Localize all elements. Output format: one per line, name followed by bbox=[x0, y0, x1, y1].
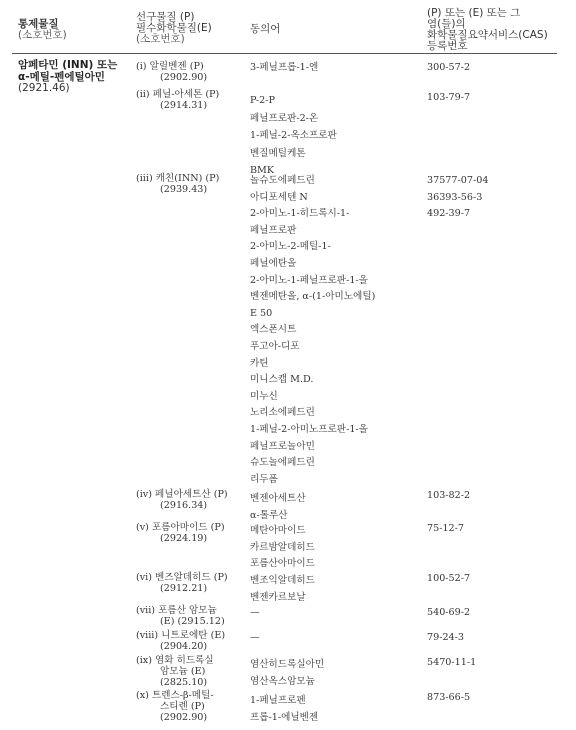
synonyms-cell: 3-페닐프롭-1-엔 bbox=[250, 62, 318, 73]
header-synonyms-label: 동의어 bbox=[250, 24, 280, 35]
row-number: (iv) bbox=[136, 489, 152, 500]
controlled-substance-cell: 암페타민 (INN) 또는 α-메틸-펜에틸아민 (2921.46) bbox=[18, 60, 136, 95]
synonym: 프롭-1-에닐벤젠 bbox=[250, 709, 318, 726]
synonym: 페닐프로놀아민 bbox=[250, 439, 375, 456]
cas-cell: 300-57-2 bbox=[427, 62, 470, 73]
synonyms-cell: 벤조익알데히드 벤젠카르보날 bbox=[250, 573, 315, 606]
synonym: 페닐에탄올 bbox=[250, 256, 375, 273]
cas-number: 540-69-2 bbox=[427, 607, 470, 618]
row-number: (x) bbox=[136, 690, 149, 701]
precursor-code: (2924.19) bbox=[136, 533, 240, 544]
cas-cell: 103-82-2 bbox=[427, 490, 470, 501]
precursor-name-cont: 스티렌 (P) bbox=[136, 701, 240, 712]
cas-cell: 540-69-2 bbox=[427, 607, 470, 618]
synonyms-cell: 메탄아마이드 카르밤알데히드 포름산아마이드 bbox=[250, 523, 315, 573]
cas-number: 103-82-2 bbox=[427, 490, 470, 501]
synonym: 벤질메틸케톤 bbox=[250, 145, 337, 163]
synonym: 페닐프로판 bbox=[250, 223, 375, 240]
cas-number: 37577-07-04 bbox=[427, 173, 488, 190]
precursor-cell: (ii) 페닐-아세톤 (P) (2914.31) bbox=[136, 89, 240, 111]
synonyms-cell: — bbox=[250, 607, 260, 618]
synonym: 2-아미노-2-메틸-1- bbox=[250, 239, 375, 256]
synonyms-cell: 1-페닐프로펜 프롭-1-에닐벤젠 bbox=[250, 692, 318, 726]
synonym: 카틴 bbox=[250, 356, 375, 373]
synonyms-cell: 염산히드록실아민 염산옥스암모늄 bbox=[250, 657, 324, 690]
cas-cell: 75-12-7 bbox=[427, 523, 464, 534]
synonym: 벤젠메탄올, α-(1-아미노에틸) bbox=[250, 289, 375, 306]
header-precursor-sublabel: (소호번호) bbox=[136, 34, 212, 45]
cas-cell: 873-66-5 bbox=[427, 692, 470, 703]
synonym: 3-페닐프롭-1-엔 bbox=[250, 62, 318, 73]
synonym: 푸고아-디포 bbox=[250, 339, 375, 356]
precursor-name: 알릴벤젠 (P) bbox=[150, 61, 204, 72]
synonym: 1-페닐-2-아미노프로판-1-올 bbox=[250, 422, 375, 439]
cas-number: 5470-11-1 bbox=[427, 657, 476, 668]
row-number: (vii) bbox=[136, 605, 155, 616]
synonyms-cell: 놀슈도에페드린 아디포세텐 N 2-아미노-1-히드록시-1- 페닐프로판 2-… bbox=[250, 173, 375, 488]
cas-number: 873-66-5 bbox=[427, 692, 470, 703]
synonym: 벤젠카르보날 bbox=[250, 590, 315, 607]
precursor-name: 캐친(INN) (P) bbox=[156, 173, 220, 184]
synonym: 놀슈도에페드린 bbox=[250, 173, 375, 190]
controlled-name-line1: 암페타민 (INN) 또는 bbox=[18, 60, 136, 72]
cas-cell: 103-79-7 bbox=[427, 92, 470, 103]
synonym: 1-페닐-2-옥소프로판 bbox=[250, 127, 337, 145]
synonym: — bbox=[250, 632, 260, 643]
synonym: P-2-P bbox=[250, 92, 337, 110]
header-cas-line4: 등록번호 bbox=[427, 41, 548, 52]
cas-number: 75-12-7 bbox=[427, 523, 464, 534]
precursor-code: (2912.21) bbox=[136, 583, 240, 594]
synonym: 리두폼 bbox=[250, 472, 375, 489]
header-divider bbox=[12, 53, 557, 54]
precursor-name: 니트로에탄 (E) bbox=[161, 630, 225, 641]
synonym: 2-아미노-1-페닐프로판-1-올 bbox=[250, 273, 375, 290]
cas-cell: 79-24-3 bbox=[427, 632, 464, 643]
synonyms-cell: 벤젠아세트산 α-톨루산 bbox=[250, 490, 306, 524]
cas-number: 36393-56-3 bbox=[427, 190, 488, 207]
synonym: — bbox=[250, 607, 260, 618]
precursor-name: 포름아마이드 (P) bbox=[152, 522, 225, 533]
cas-number: 103-79-7 bbox=[427, 92, 470, 103]
cas-number: 100-52-7 bbox=[427, 573, 470, 584]
row-number: (vi) bbox=[136, 572, 152, 583]
precursor-code: (2825.10) bbox=[136, 677, 240, 688]
precursor-name: 염화 히드록실 bbox=[155, 655, 214, 666]
precursor-cell: (iii) 캐친(INN) (P) (2939.43) bbox=[136, 173, 240, 195]
synonym: 아디포세텐 N bbox=[250, 190, 375, 207]
precursor-cell: (ix) 염화 히드록실 암모늄 (E) (2825.10) bbox=[136, 655, 240, 688]
synonym: 메탄아마이드 bbox=[250, 523, 315, 540]
synonym: 염산히드록실아민 bbox=[250, 657, 324, 674]
header-synonyms: 동의어 bbox=[250, 24, 280, 35]
precursor-code: (E) (2915.12) bbox=[136, 616, 240, 627]
synonym: α-톨루산 bbox=[250, 507, 306, 524]
cas-number: 300-57-2 bbox=[427, 62, 470, 73]
header-cas: (P) 또는 (E) 또는 그 염(들)의 화학물질요약서비스(CAS) 등록번… bbox=[427, 8, 548, 52]
precursor-code: (2904.20) bbox=[136, 641, 240, 652]
row-number: (iii) bbox=[136, 173, 153, 184]
cas-cell: 5470-11-1 bbox=[427, 657, 476, 668]
precursor-name: 페닐아세트산 (P) bbox=[155, 489, 228, 500]
synonyms-cell: P-2-P 페닐프로판-2-온 1-페닐-2-옥소프로판 벤질메틸케톤 BMK bbox=[250, 92, 337, 180]
synonym: E 50 bbox=[250, 306, 375, 323]
synonym: 벤젠아세트산 bbox=[250, 490, 306, 507]
synonym: 노리소에페드린 bbox=[250, 405, 375, 422]
precursor-cell: (i) 알릴벤젠 (P) (2902.90) bbox=[136, 61, 240, 83]
precursor-cell: (v) 포름아마이드 (P) (2924.19) bbox=[136, 522, 240, 544]
row-number: (i) bbox=[136, 61, 147, 72]
cas-cell: 100-52-7 bbox=[427, 573, 470, 584]
precursor-cell: (vi) 벤즈알데히드 (P) (2912.21) bbox=[136, 572, 240, 594]
precursor-name: 트렌스-β-메틸- bbox=[152, 690, 214, 701]
precursor-cell: (x) 트렌스-β-메틸- 스티렌 (P) (2902.90) bbox=[136, 690, 240, 723]
precursor-cell: (viii) 니트로에탄 (E) (2904.20) bbox=[136, 630, 240, 652]
precursor-name: 페닐-아세톤 (P) bbox=[153, 89, 220, 100]
synonym: 페닐프로판-2-온 bbox=[250, 110, 337, 128]
precursor-name-cont: 암모늄 (E) bbox=[136, 666, 240, 677]
cas-number: 79-24-3 bbox=[427, 632, 464, 643]
synonym: 포름산아마이드 bbox=[250, 556, 315, 573]
row-number: (ii) bbox=[136, 89, 150, 100]
synonym: 슈도놀에페드린 bbox=[250, 455, 375, 472]
precursor-name: 벤즈알데히드 (P) bbox=[155, 572, 228, 583]
precursor-code: (2916.34) bbox=[136, 500, 240, 511]
cas-cell: 37577-07-04 36393-56-3 492-39-7 bbox=[427, 173, 488, 223]
synonym: 엑스폰시트 bbox=[250, 322, 375, 339]
precursor-code: (2902.90) bbox=[136, 72, 240, 83]
synonym: 미누신 bbox=[250, 389, 375, 406]
synonym: 미니스캡 M.D. bbox=[250, 372, 375, 389]
header-controlled-sublabel: (소호번호) bbox=[18, 30, 67, 41]
synonym: 카르밤알데히드 bbox=[250, 540, 315, 557]
controlled-code: (2921.46) bbox=[18, 83, 136, 95]
row-number: (viii) bbox=[136, 630, 158, 641]
synonym: 염산옥스암모늄 bbox=[250, 674, 324, 691]
synonym: 2-아미노-1-히드록시-1- bbox=[250, 206, 375, 223]
precursor-name: 포름산 암모늄 bbox=[158, 605, 217, 616]
precursor-code: (2902.90) bbox=[136, 712, 240, 723]
precursor-code: (2914.31) bbox=[136, 100, 240, 111]
cas-number: 492-39-7 bbox=[427, 206, 488, 223]
row-number: (v) bbox=[136, 522, 149, 533]
precursor-cell: (iv) 페닐아세트산 (P) (2916.34) bbox=[136, 489, 240, 511]
synonyms-cell: — bbox=[250, 632, 260, 643]
synonym: 벤조익알데히드 bbox=[250, 573, 315, 590]
synonym: 1-페닐프로펜 bbox=[250, 692, 318, 709]
header-precursor: 선구물질 (P) 필수화학물질(E) (소호번호) bbox=[136, 12, 212, 45]
precursor-code: (2939.43) bbox=[136, 184, 240, 195]
precursor-cell: (vii) 포름산 암모늄 (E) (2915.12) bbox=[136, 605, 240, 627]
row-number: (ix) bbox=[136, 655, 152, 666]
header-controlled-substance: 통제물질 (소호번호) bbox=[18, 19, 67, 41]
